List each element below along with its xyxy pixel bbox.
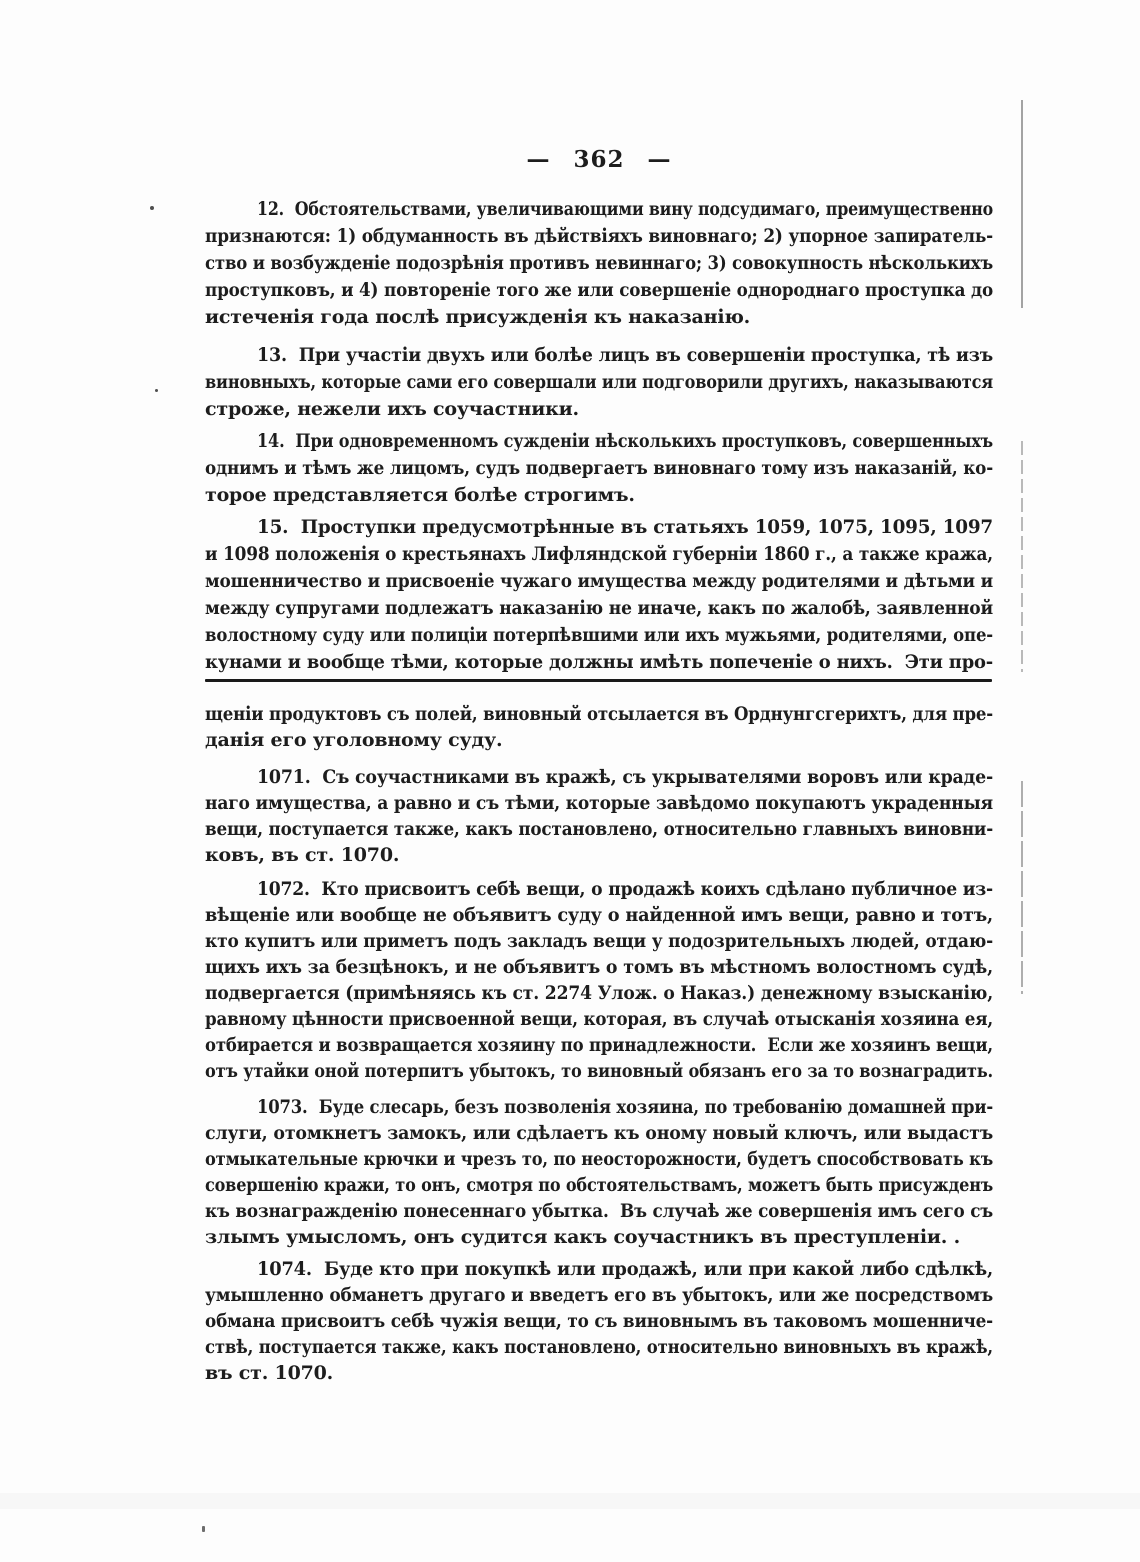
article-13-paragraph: 13. При участіи двухъ или болѣе лицъ въ … xyxy=(205,342,993,423)
ink-speck xyxy=(155,389,158,392)
text-line: истеченія года послѣ присужденія къ нака… xyxy=(205,304,993,331)
text-line: въ ст. 1070. xyxy=(205,1360,993,1386)
text-line: злымъ умысломъ, онъ судится какъ соучаст… xyxy=(205,1224,993,1250)
text-line-content: умышленно обманетъ другаго и введетъ его… xyxy=(205,1282,993,1308)
text-line-content: волостному суду или полиціи потерпѣвшими… xyxy=(205,622,993,649)
text-line-content: 12. Обстоятельствами, увеличивающими вин… xyxy=(257,196,993,223)
text-line: вещи, поступается также, какъ постановле… xyxy=(205,816,993,842)
text-line-content: къ вознагражденію понесеннаго убытка. Въ… xyxy=(205,1198,993,1224)
ink-speck xyxy=(202,1526,205,1532)
text-line-content: ковъ, въ ст. 1070. xyxy=(205,842,399,868)
text-line-content: отбирается и возвращается хозяину по при… xyxy=(205,1032,993,1058)
text-line-content: отмыкательные крючки и чрезъ то, по неос… xyxy=(205,1146,993,1172)
text-line: торое представляется болѣе строгимъ. xyxy=(205,482,993,509)
text-line-content: мошенничество и присвоеніе чужаго имущес… xyxy=(205,568,993,595)
text-line: щихъ ихъ за безцѣнокъ, и не объявитъ о т… xyxy=(205,954,993,980)
text-line: между супругами подлежатъ наказанію не и… xyxy=(205,595,993,622)
text-line-content: 14. При одновременномъ сужденіи нѣскольк… xyxy=(257,428,993,455)
scan-shading-band xyxy=(0,1493,1140,1509)
text-line-content: злымъ умысломъ, онъ судится какъ соучаст… xyxy=(205,1224,960,1250)
text-line: щеніи продуктовъ съ полей, виновный отсы… xyxy=(205,701,993,727)
text-line-content: ство и возбужденіе подозрѣнія противъ не… xyxy=(205,250,993,277)
text-line-content: слуги, отомкнетъ замокъ, или сдѣлаетъ къ… xyxy=(205,1120,993,1146)
text-line-content: 15. Проступки предусмотрѣнные въ статьях… xyxy=(257,514,993,541)
text-line: кто купитъ или приметъ подъ закладъ вещи… xyxy=(205,928,993,954)
text-line: совершенію кражи, то онъ, смотря по обст… xyxy=(205,1172,993,1198)
text-line-content: признаются: 1) обдуманность въ дѣйствіях… xyxy=(205,223,993,250)
text-line: кунами и вообще тѣми, которые должны имѣ… xyxy=(205,649,993,676)
text-line-content: и 1098 положенія о крестьянахъ Лифляндск… xyxy=(205,541,993,568)
text-line: равному цѣнности присвоенной вещи, котор… xyxy=(205,1006,993,1032)
text-line-content: равному цѣнности присвоенной вещи, котор… xyxy=(205,1006,993,1032)
text-line-content: ствѣ, поступается также, какъ постановле… xyxy=(205,1334,993,1360)
text-line-content: торое представляется болѣе строгимъ. xyxy=(205,482,635,509)
text-line-content: данія его уголовному суду. xyxy=(205,727,502,753)
text-line-content: 13. При участіи двухъ или болѣе лицъ въ … xyxy=(257,342,993,369)
scan-edge-line-artifact xyxy=(1021,781,1023,994)
text-line: проступковъ, и 4) повтореніе того же или… xyxy=(205,277,993,304)
text-line-content: между супругами подлежатъ наказанію не и… xyxy=(205,595,993,622)
text-line-content: 1074. Буде кто при покупкѣ или продажѣ, … xyxy=(257,1256,993,1282)
page-number: — 362 — xyxy=(205,146,993,173)
section-divider-rule xyxy=(205,679,992,682)
text-line-content: 1072. Кто присвоитъ себѣ вещи, о продажѣ… xyxy=(257,876,993,902)
text-line-content: обмана присвоитъ себѣ чужія вещи, то съ … xyxy=(205,1308,993,1334)
text-line-content: виновныхъ, которые сами его совершали ил… xyxy=(205,369,993,396)
article-1072-paragraph: 1072. Кто присвоитъ себѣ вещи, о продажѣ… xyxy=(205,876,993,1084)
text-line: признаются: 1) обдуманность въ дѣйствіях… xyxy=(205,223,993,250)
text-line-content: подвергается (примѣняясь къ ст. 2274 Уло… xyxy=(205,980,993,1006)
article-14-paragraph: 14. При одновременномъ сужденіи нѣскольк… xyxy=(205,428,993,509)
text-line-content: совершенію кражи, то онъ, смотря по обст… xyxy=(205,1172,993,1198)
article-1071-paragraph: 1071. Съ соучастниками въ кражѣ, съ укры… xyxy=(205,764,993,868)
text-line-content: однимъ и тѣмъ же лицомъ, судъ подвергает… xyxy=(205,455,993,482)
text-line-content: кунами и вообще тѣми, которые должны имѣ… xyxy=(205,649,993,676)
article-12-paragraph: 12. Обстоятельствами, увеличивающими вин… xyxy=(205,196,993,331)
text-line: наго имущества, а равно и съ тѣми, котор… xyxy=(205,790,993,816)
text-line-content: наго имущества, а равно и съ тѣми, котор… xyxy=(205,790,993,816)
text-line: строже, нежели ихъ соучастники. xyxy=(205,396,993,423)
text-line-content: проступковъ, и 4) повтореніе того же или… xyxy=(205,277,993,304)
text-line: виновныхъ, которые сами его совершали ил… xyxy=(205,369,993,396)
text-line: 1071. Съ соучастниками въ кражѣ, съ укры… xyxy=(205,764,993,790)
text-line: 1072. Кто присвоитъ себѣ вещи, о продажѣ… xyxy=(205,876,993,902)
text-line-content: кто купитъ или приметъ подъ закладъ вещи… xyxy=(205,928,993,954)
text-line: и 1098 положенія о крестьянахъ Лифляндск… xyxy=(205,541,993,568)
text-line: ковъ, въ ст. 1070. xyxy=(205,842,993,868)
scan-edge-line-artifact xyxy=(1021,441,1023,672)
text-line: однимъ и тѣмъ же лицомъ, судъ подвергает… xyxy=(205,455,993,482)
text-line-content: вещи, поступается также, какъ постановле… xyxy=(205,816,993,842)
text-line: подвергается (примѣняясь къ ст. 2274 Уло… xyxy=(205,980,993,1006)
text-line: обмана присвоитъ себѣ чужія вещи, то съ … xyxy=(205,1308,993,1334)
article-1074-paragraph: 1074. Буде кто при покупкѣ или продажѣ, … xyxy=(205,1256,993,1386)
text-line: отмыкательные крючки и чрезъ то, по неос… xyxy=(205,1146,993,1172)
text-line-content: 1071. Съ соучастниками въ кражѣ, съ укры… xyxy=(257,764,993,790)
text-line: слуги, отомкнетъ замокъ, или сдѣлаетъ къ… xyxy=(205,1120,993,1146)
text-line: мошенничество и присвоеніе чужаго имущес… xyxy=(205,568,993,595)
text-line-content: щеніи продуктовъ съ полей, виновный отсы… xyxy=(205,701,993,727)
text-line-content: истеченія года послѣ присужденія къ нака… xyxy=(205,304,750,331)
text-line: 13. При участіи двухъ или болѣе лицъ въ … xyxy=(205,342,993,369)
text-line-content: щихъ ихъ за безцѣнокъ, и не объявитъ о т… xyxy=(205,954,993,980)
continuation-paragraph: щеніи продуктовъ съ полей, виновный отсы… xyxy=(205,701,993,753)
text-line: 14. При одновременномъ сужденіи нѣскольк… xyxy=(205,428,993,455)
text-line: ствѣ, поступается также, какъ постановле… xyxy=(205,1334,993,1360)
ink-speck xyxy=(150,206,154,210)
text-line: умышленно обманетъ другаго и введетъ его… xyxy=(205,1282,993,1308)
text-line: волостному суду или полиціи потерпѣвшими… xyxy=(205,622,993,649)
text-line: 12. Обстоятельствами, увеличивающими вин… xyxy=(205,196,993,223)
text-line: къ вознагражденію понесеннаго убытка. Въ… xyxy=(205,1198,993,1224)
article-1073-paragraph: 1073. Буде слесарь, безъ позволенія хозя… xyxy=(205,1094,993,1250)
text-line: отбирается и возвращается хозяину по при… xyxy=(205,1032,993,1058)
text-line-content: 1073. Буде слесарь, безъ позволенія хозя… xyxy=(257,1094,993,1120)
text-line-content: строже, нежели ихъ соучастники. xyxy=(205,396,579,423)
text-line: 1074. Буде кто при покупкѣ или продажѣ, … xyxy=(205,1256,993,1282)
text-line: ство и возбужденіе подозрѣнія противъ не… xyxy=(205,250,993,277)
article-15-paragraph: 15. Проступки предусмотрѣнные въ статьях… xyxy=(205,514,993,676)
text-line-content: въ ст. 1070. xyxy=(205,1360,333,1386)
text-line: 15. Проступки предусмотрѣнные въ статьях… xyxy=(205,514,993,541)
text-line: отъ утайки оной потерпитъ убытокъ, то ви… xyxy=(205,1058,993,1084)
text-line: вѣщеніе или вообще не объявитъ суду о на… xyxy=(205,902,993,928)
text-line-content: отъ утайки оной потерпитъ убытокъ, то ви… xyxy=(205,1058,993,1084)
scan-edge-line-artifact xyxy=(1021,100,1023,308)
scanned-document-page: — 362 — 12. Обстоятельствами, увеличиваю… xyxy=(0,0,1140,1562)
text-line: 1073. Буде слесарь, безъ позволенія хозя… xyxy=(205,1094,993,1120)
text-line-content: вѣщеніе или вообще не объявитъ суду о на… xyxy=(205,902,993,928)
text-line: данія его уголовному суду. xyxy=(205,727,993,753)
